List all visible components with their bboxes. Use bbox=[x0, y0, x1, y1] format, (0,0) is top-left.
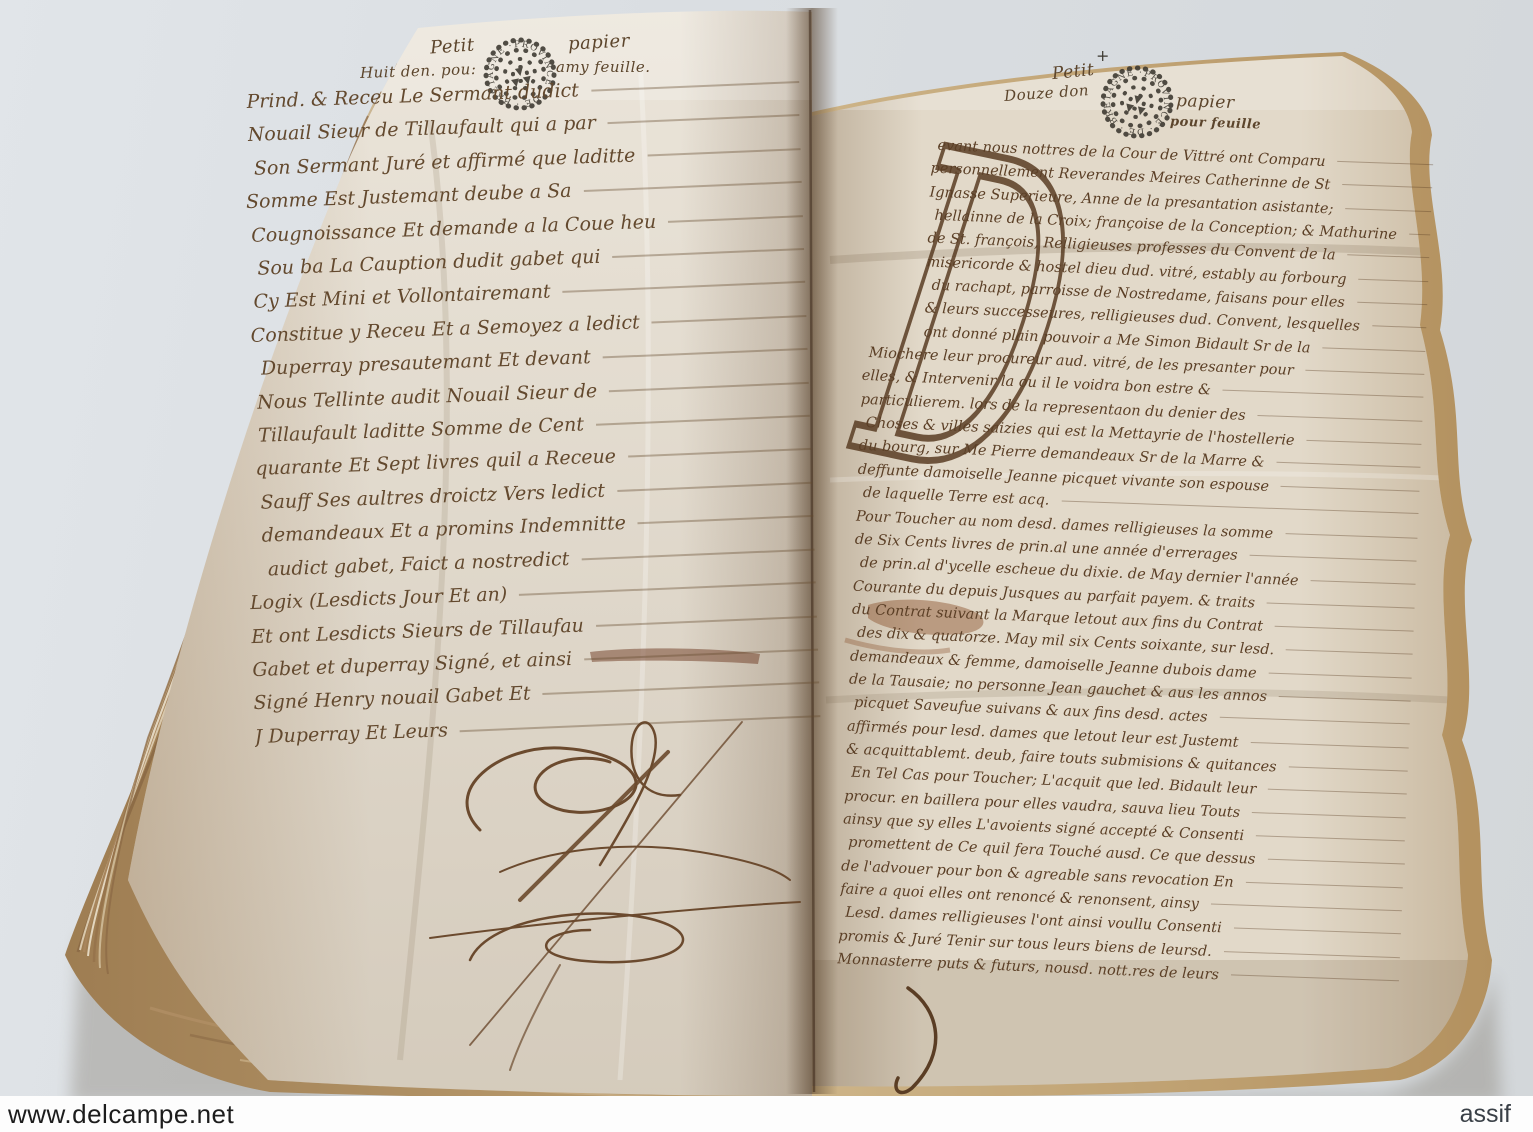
line-end-flourish bbox=[1231, 974, 1399, 981]
line-end-flourish bbox=[1061, 501, 1418, 514]
left-page-text: Prind. & Receu Le Sermant dudict Nouail … bbox=[246, 67, 825, 754]
left-header-petit: Petit bbox=[429, 34, 475, 58]
line-end-flourish bbox=[1338, 161, 1434, 165]
line-end-flourish bbox=[1219, 717, 1409, 725]
left-header-papier: papier bbox=[567, 30, 630, 54]
cross-mark: + bbox=[1096, 46, 1110, 65]
line-end-flourish bbox=[1269, 672, 1412, 678]
line-end-flourish bbox=[1224, 951, 1400, 958]
line-end-flourish bbox=[596, 415, 810, 426]
line-end-flourish bbox=[1211, 904, 1402, 912]
line-end-flourish bbox=[581, 548, 814, 560]
line-end-flourish bbox=[1286, 649, 1412, 654]
line-end-flourish bbox=[1281, 486, 1419, 492]
line-end-flourish bbox=[1357, 302, 1427, 305]
line-end-flourish bbox=[1322, 347, 1425, 352]
line-end-flourish bbox=[1342, 184, 1432, 188]
line-end-flourish bbox=[1359, 278, 1429, 281]
line-end-flourish bbox=[1223, 390, 1423, 398]
line-end-flourish bbox=[1256, 835, 1405, 841]
line-end-flourish bbox=[460, 715, 820, 732]
line-end-flourish bbox=[647, 148, 800, 156]
line-end-flourish bbox=[1306, 440, 1421, 445]
line-end-flourish bbox=[591, 81, 798, 92]
line-end-flourish bbox=[1251, 742, 1409, 749]
right-page-text: evant nous nottres de la Cour de Vittré … bbox=[837, 132, 1438, 995]
manuscript-photo: D PROVINCE · DE · BRETAGNE · PROVINCE · … bbox=[0, 0, 1533, 1132]
line-end-flourish bbox=[668, 215, 803, 223]
line-end-flourish bbox=[1252, 812, 1406, 818]
line-end-flourish bbox=[1267, 602, 1415, 608]
line-end-flourish bbox=[1275, 626, 1414, 632]
delcampe-watermark: www.delcampe.net bbox=[8, 1099, 234, 1130]
line-end-flourish bbox=[612, 248, 804, 258]
right-header-papier: papier bbox=[1176, 91, 1235, 113]
line-end-flourish bbox=[1234, 928, 1401, 935]
seller-watermark: assif bbox=[1460, 1100, 1511, 1129]
line-end-flourish bbox=[584, 648, 818, 660]
line-end-flourish bbox=[1285, 533, 1417, 539]
line-end-flourish bbox=[1348, 255, 1430, 259]
line-end-flourish bbox=[1289, 766, 1408, 771]
line-end-flourish bbox=[543, 682, 820, 696]
line-end-flourish bbox=[519, 581, 815, 595]
line-end-flourish bbox=[603, 348, 808, 359]
right-header-feuille: pour feuille bbox=[1170, 114, 1261, 132]
line-end-flourish bbox=[609, 382, 809, 392]
line-end-flourish bbox=[1372, 326, 1426, 329]
photo-watermark-strip: www.delcampe.net assif bbox=[0, 1096, 1533, 1132]
line-end-flourish bbox=[1276, 462, 1420, 468]
line-end-flourish bbox=[617, 482, 812, 492]
line-end-flourish bbox=[638, 515, 813, 524]
line-end-flourish bbox=[1250, 555, 1417, 562]
line-end-flourish bbox=[1258, 415, 1423, 422]
line-end-flourish bbox=[1268, 789, 1407, 795]
line-end-flourish bbox=[596, 615, 817, 626]
line-end-flourish bbox=[1345, 208, 1431, 212]
line-end-flourish bbox=[1279, 696, 1411, 702]
line-end-flourish bbox=[563, 281, 806, 293]
line-end-flourish bbox=[1310, 580, 1415, 585]
line-end-flourish bbox=[652, 315, 807, 323]
line-end-flourish bbox=[628, 448, 811, 458]
line-end-flourish bbox=[608, 114, 800, 124]
line-end-flourish bbox=[583, 181, 801, 192]
line-end-flourish bbox=[1246, 882, 1403, 888]
line-end-flourish bbox=[1409, 234, 1430, 236]
line-end-flourish bbox=[1306, 370, 1425, 375]
line-end-flourish bbox=[1267, 859, 1403, 865]
